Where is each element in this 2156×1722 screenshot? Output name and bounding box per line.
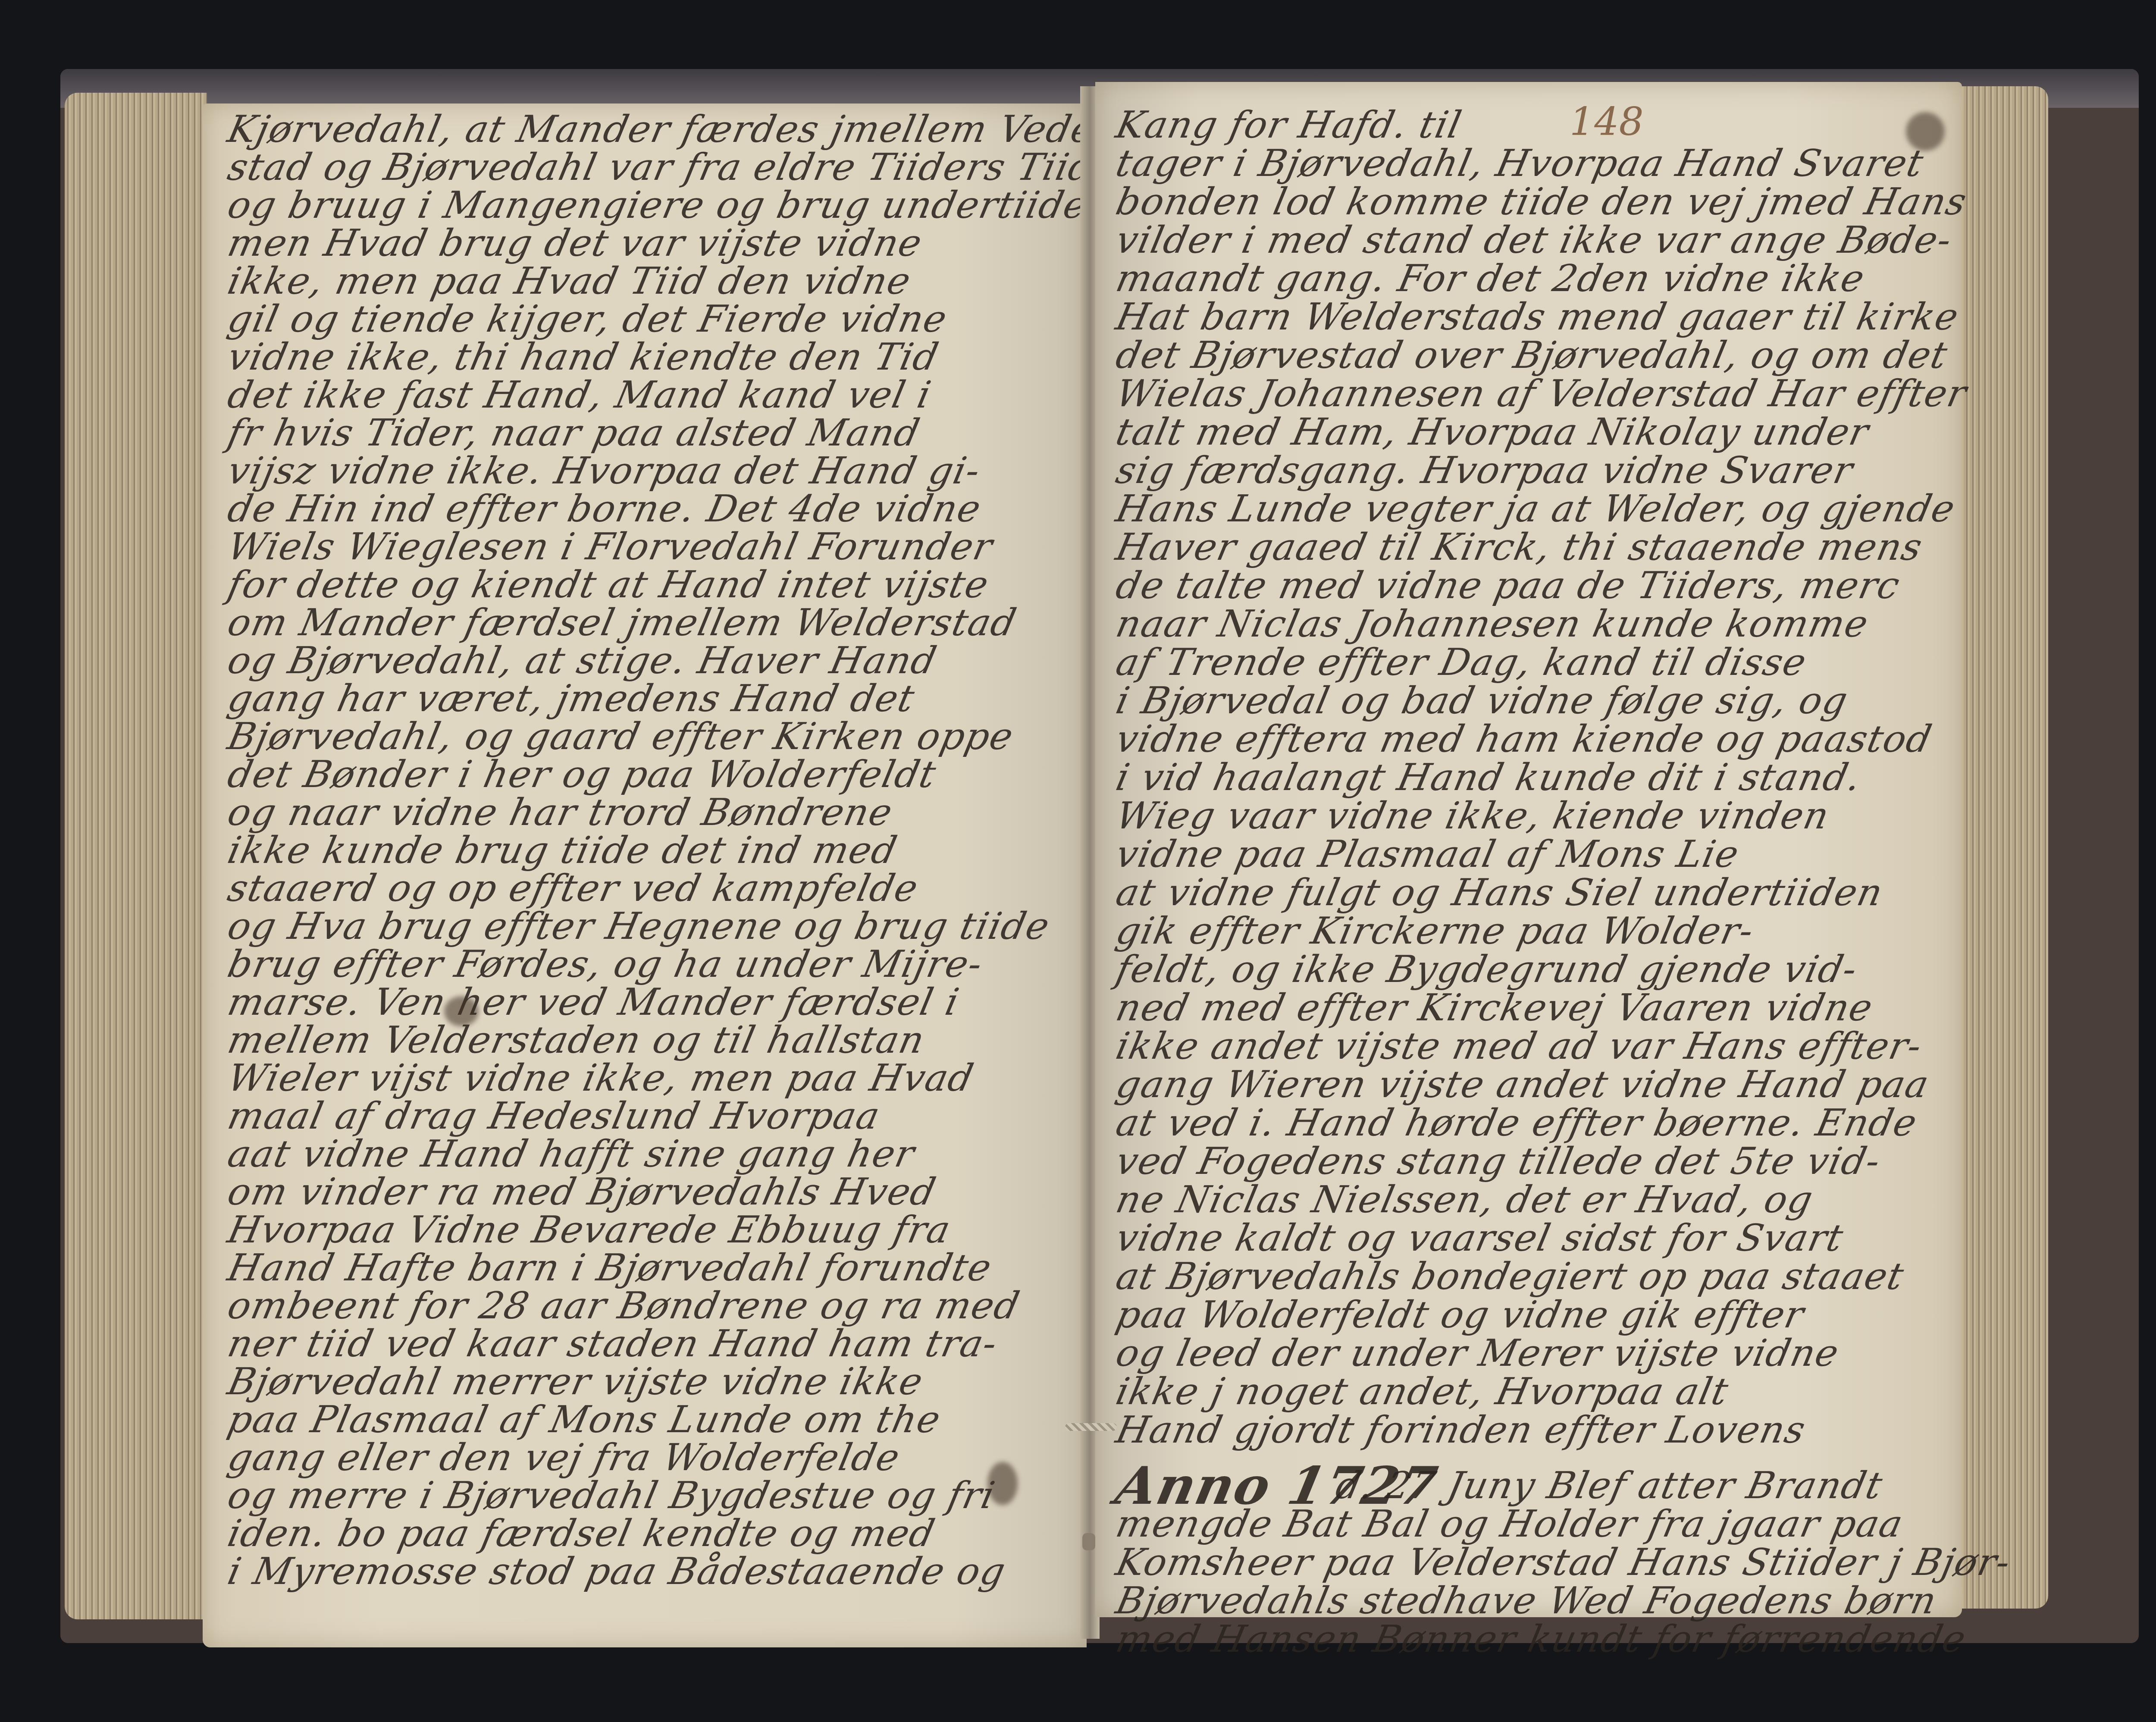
ink-blot xyxy=(987,1462,1018,1505)
manuscript-line: og merre i Bjørvedahl Bygdestue og fri xyxy=(224,1474,999,1517)
manuscript-line: Wielas Johannesen af Velderstad Har efft… xyxy=(1112,372,1971,415)
manuscript-line: aat vidne Hand hafft sine gang her xyxy=(224,1132,918,1176)
manuscript-line: gik effter Kirckerne paa Wolder- xyxy=(1112,910,1758,953)
binding-knot xyxy=(1082,1533,1095,1550)
manuscript-line: ned med effter Kirckevej Vaaren vidne xyxy=(1112,986,1877,1029)
manuscript-line: vidne kaldt og vaarsel sidst for Svart xyxy=(1112,1217,1847,1260)
manuscript-line: gang Wieren vijste andet vidne Hand paa xyxy=(1112,1063,1933,1106)
manuscript-line: vidne efftera med ham kiende og paastod xyxy=(1112,718,1936,761)
page-stack-right xyxy=(1958,86,2048,1609)
manuscript-line: Blef atter Brandt xyxy=(1543,1464,1887,1507)
manuscript-line: at Bjørvedahls bondegiert op paa staaet xyxy=(1112,1255,1908,1298)
manuscript-line: vilder i med stand det ikke var ange Bød… xyxy=(1112,219,1956,262)
manuscript-line: paa Plasmaal af Mons Lunde om the xyxy=(224,1398,945,1441)
manuscript-line: maal af drag Hedeslund Hvorpaa xyxy=(224,1095,884,1138)
manuscript-line: men Hvad brug det var vijste vidne xyxy=(224,222,926,265)
manuscript-line: vidne ikke, thi hand kiendte den Tid xyxy=(224,336,943,379)
manuscript-line: naar Niclas Johannesen kunde komme xyxy=(1112,602,1872,646)
manuscript-line: ved Fogedens stang tillede det 5te vid- xyxy=(1112,1140,1884,1183)
manuscript-line: og naar vidne har trord Bøndrene xyxy=(224,791,896,834)
manuscript-line: ikke andet vijste med ad var Hans effter… xyxy=(1112,1025,1926,1068)
binding-thread xyxy=(1065,1423,1117,1431)
manuscript-line: stad og Bjørvedahl var fra eldre Tiiders… xyxy=(224,146,1146,189)
manuscript-line: brug effter Førdes, og ha under Mijre- xyxy=(224,943,987,986)
manuscript-line: Hans Lunde vegter ja at Welder, og gjend… xyxy=(1112,487,1959,530)
manuscript-line: Hand gjordt forinden effter Lovens xyxy=(1112,1408,1809,1452)
manuscript-line: i Myremosse stod paa Bådestaaende og xyxy=(224,1550,1009,1593)
manuscript-line: feldt, og ikke Bygdegrund gjende vid- xyxy=(1112,948,1861,991)
manuscript-line: at vidne fulgt og Hans Siel undertiiden xyxy=(1112,871,1887,914)
manuscript-line: om Mander færdsel jmellem Welderstad xyxy=(224,601,1020,644)
manuscript-line: fr hvis Tider, naar paa alsted Mand xyxy=(224,411,924,455)
manuscript-line: om vinder ra med Bjørvedahls Hved xyxy=(224,1170,940,1214)
manuscript-line: maandt gang. For det 2den vidne ikke xyxy=(1112,257,1869,300)
manuscript-line: paa Wolderfeldt og vidne gik effter xyxy=(1112,1293,1808,1336)
manuscript-line: Bjørvedahl, og gaard effter Kirken oppe xyxy=(224,715,1017,758)
manuscript-line: Kang for Hafd. til xyxy=(1112,104,1466,147)
ink-blot xyxy=(444,996,479,1026)
manuscript-line: Bjørvedahl merrer vijste vidne ikke xyxy=(224,1360,927,1403)
manuscript-line: Komsheer paa Velderstad Hans Stiider j B… xyxy=(1112,1541,2015,1584)
manuscript-line: ner tiid ved kaar staden Hand ham tra- xyxy=(224,1322,1001,1365)
manuscript-line: det ikke fast Hand, Mand kand vel i xyxy=(224,373,935,417)
manuscript-line: gang har været, jmedens Hand det xyxy=(224,677,919,720)
manuscript-line: Wieg vaar vidne ikke, kiende vinden xyxy=(1112,794,1833,837)
manuscript-line: det Bjørvestad over Bjørvedahl, og om de… xyxy=(1112,334,1952,377)
manuscript-line: gil og tiende kijger, det Fierde vidne xyxy=(224,298,951,341)
manuscript-line: Kjørvedahl, at Mander færdes jmellem Ved… xyxy=(224,108,1112,151)
manuscript-line: Haver gaaed til Kirck, thi staaende mens xyxy=(1112,526,1927,569)
manuscript-line: marse. Ven her ved Mander færdsel i xyxy=(224,981,963,1024)
right-page: 148 Kang for Hafd. tiltager i Bjørvedahl… xyxy=(1095,82,1962,1617)
left-page-text: Kjørvedahl, at Mander færdes jmellem Ved… xyxy=(203,104,1087,1647)
manuscript-line: Hand Hafte barn i Bjørvedahl forundte xyxy=(224,1246,996,1289)
manuscript-line: at ved i. Hand hørde effter bøerne. Ende xyxy=(1112,1101,1921,1145)
manuscript-line: med Hansen Bønner kundt for førrendende xyxy=(1112,1618,1970,1661)
manuscript-line: tager i Bjørvedahl, Hvorpaa Hand Svaret xyxy=(1112,142,1927,185)
manuscript-line: vidne paa Plasmaal af Mons Lie xyxy=(1112,833,1743,876)
manuscript-line: mellem Velderstaden og til hallstan xyxy=(224,1019,929,1062)
left-page: Kjørvedahl, at Mander færdes jmellem Ved… xyxy=(203,104,1087,1647)
manuscript-line: sig færdsgang. Hvorpaa vidne Svarer xyxy=(1112,449,1857,492)
ink-blot xyxy=(1906,112,1945,151)
manuscript-line: Wiels Wieglesen i Florvedahl Forunder xyxy=(224,525,997,568)
manuscript-line: Bjørvedahls stedhave Wed Fogedens børn xyxy=(1112,1579,1941,1622)
manuscript-line: Hat barn Welderstads mend gaaer til kirk… xyxy=(1112,295,1963,339)
manuscript-line: og Bjørvedahl, at stige. Haver Hand xyxy=(224,639,940,682)
manuscript-line: de talte med vidne paa de Tiiders, merc xyxy=(1112,564,1904,607)
manuscript-line: for dette og kiendt at Hand intet vijste xyxy=(224,563,993,606)
manuscript-line: talt med Ham, Hvorpaa Nikolay under xyxy=(1112,411,1873,454)
manuscript-line: det Bønder i her og paa Wolderfeldt xyxy=(224,753,940,796)
manuscript-line: i Bjørvedal og bad vidne følge sig, og xyxy=(1112,679,1852,722)
manuscript-line: mengde Bat Bal og Holder fra jgaar paa xyxy=(1112,1502,1907,1546)
manuscript-line: staaerd og op effter ved kampfelde xyxy=(224,867,922,910)
right-page-text: Kang for Hafd. tiltager i Bjørvedahl, Hv… xyxy=(1095,82,1962,1617)
manuscript-line: Wieler vijst vidne ikke, men paa Hvad xyxy=(224,1057,978,1100)
entry-date: d. 27 Juny xyxy=(1332,1464,1540,1507)
manuscript-line: ne Niclas Nielssen, det er Hvad, og xyxy=(1112,1178,1817,1221)
manuscript-line: ikke j noget andet, Hvorpaa alt xyxy=(1112,1370,1733,1413)
manuscript-line: og Hva brug effter Hegnene og brug tiide xyxy=(224,905,1053,948)
manuscript-line: gang eller den vej fra Wolderfelde xyxy=(224,1436,904,1479)
manuscript-line: bonden lod komme tiide den vej jmed Hans xyxy=(1112,180,1971,223)
manuscript-line: ikke, men paa Hvad Tiid den vidne xyxy=(224,260,915,303)
manuscript-line: og bruug i Mangengiere og brug undertiid… xyxy=(224,184,1116,227)
manuscript-line: i vid haalangt Hand kunde dit i stand. xyxy=(1112,756,1865,799)
page-stack-left xyxy=(65,93,207,1619)
manuscript-line: vijsz vidne ikke. Hvorpaa det Hand gi- xyxy=(224,449,984,492)
manuscript-line: de Hin ind effter borne. Det 4de vidne xyxy=(224,487,985,530)
manuscript-line: ikke kunde brug tiide det ind med xyxy=(224,829,901,872)
manuscript-line: og leed der under Merer vijste vidne xyxy=(1112,1332,1843,1375)
manuscript-line: iden. bo paa færdsel kendte og med xyxy=(224,1512,939,1555)
manuscript-line: af Trende effter Dag, kand til disse xyxy=(1112,641,1811,684)
manuscript-line: Hvorpaa Vidne Bevarede Ebbuug fra xyxy=(224,1208,955,1252)
manuscript-line: ombeent for 28 aar Bøndrene og ra med xyxy=(224,1284,1024,1327)
